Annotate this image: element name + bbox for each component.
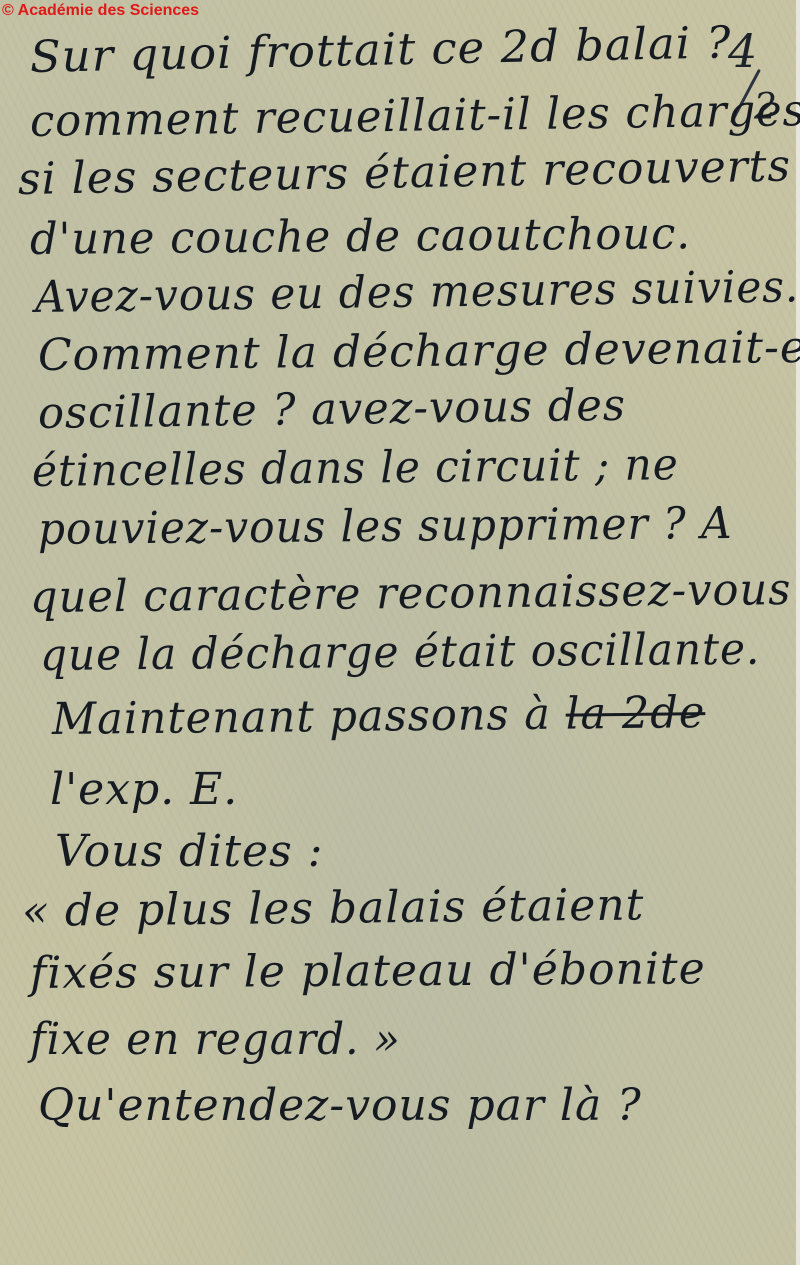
letter-line: quel caractère reconnaissez-vous <box>30 560 792 628</box>
letter-line: l'exp. E. <box>50 760 238 820</box>
letter-line: Sur quoi frottait ce 2d balai ? <box>29 13 732 88</box>
handwritten-letter: Sur quoi frottait ce 2d balai ? comment … <box>0 0 800 1265</box>
letter-line: pouviez-vous les supprimer ? A <box>38 494 733 560</box>
letter-line-text: Maintenant passons à <box>52 689 552 745</box>
letter-line: si les secteurs étaient recouverts <box>17 137 791 210</box>
letter-line: fixés sur le plateau d'ébonite <box>30 939 706 1004</box>
letter-line: que la décharge était oscillante. <box>40 620 761 686</box>
letter-line: oscillante ? avez-vous des <box>38 376 627 444</box>
letter-line: Qu'entendez-vous par là ? <box>38 1076 642 1136</box>
letter-line: « de plus les balais étaient <box>22 875 645 942</box>
letter-line: Vous dites : <box>55 822 323 882</box>
struck-out-text: la 2de <box>565 687 705 739</box>
letter-line: Comment la décharge devenait-elle <box>38 317 800 386</box>
letter-line: Maintenant passons à la 2de <box>52 683 706 750</box>
letter-line: Avez-vous eu des mesures suivies. <box>35 257 800 328</box>
letter-line: étincelles dans le circuit ; ne <box>32 435 679 502</box>
letter-line: fixe en regard. » <box>30 1010 401 1070</box>
